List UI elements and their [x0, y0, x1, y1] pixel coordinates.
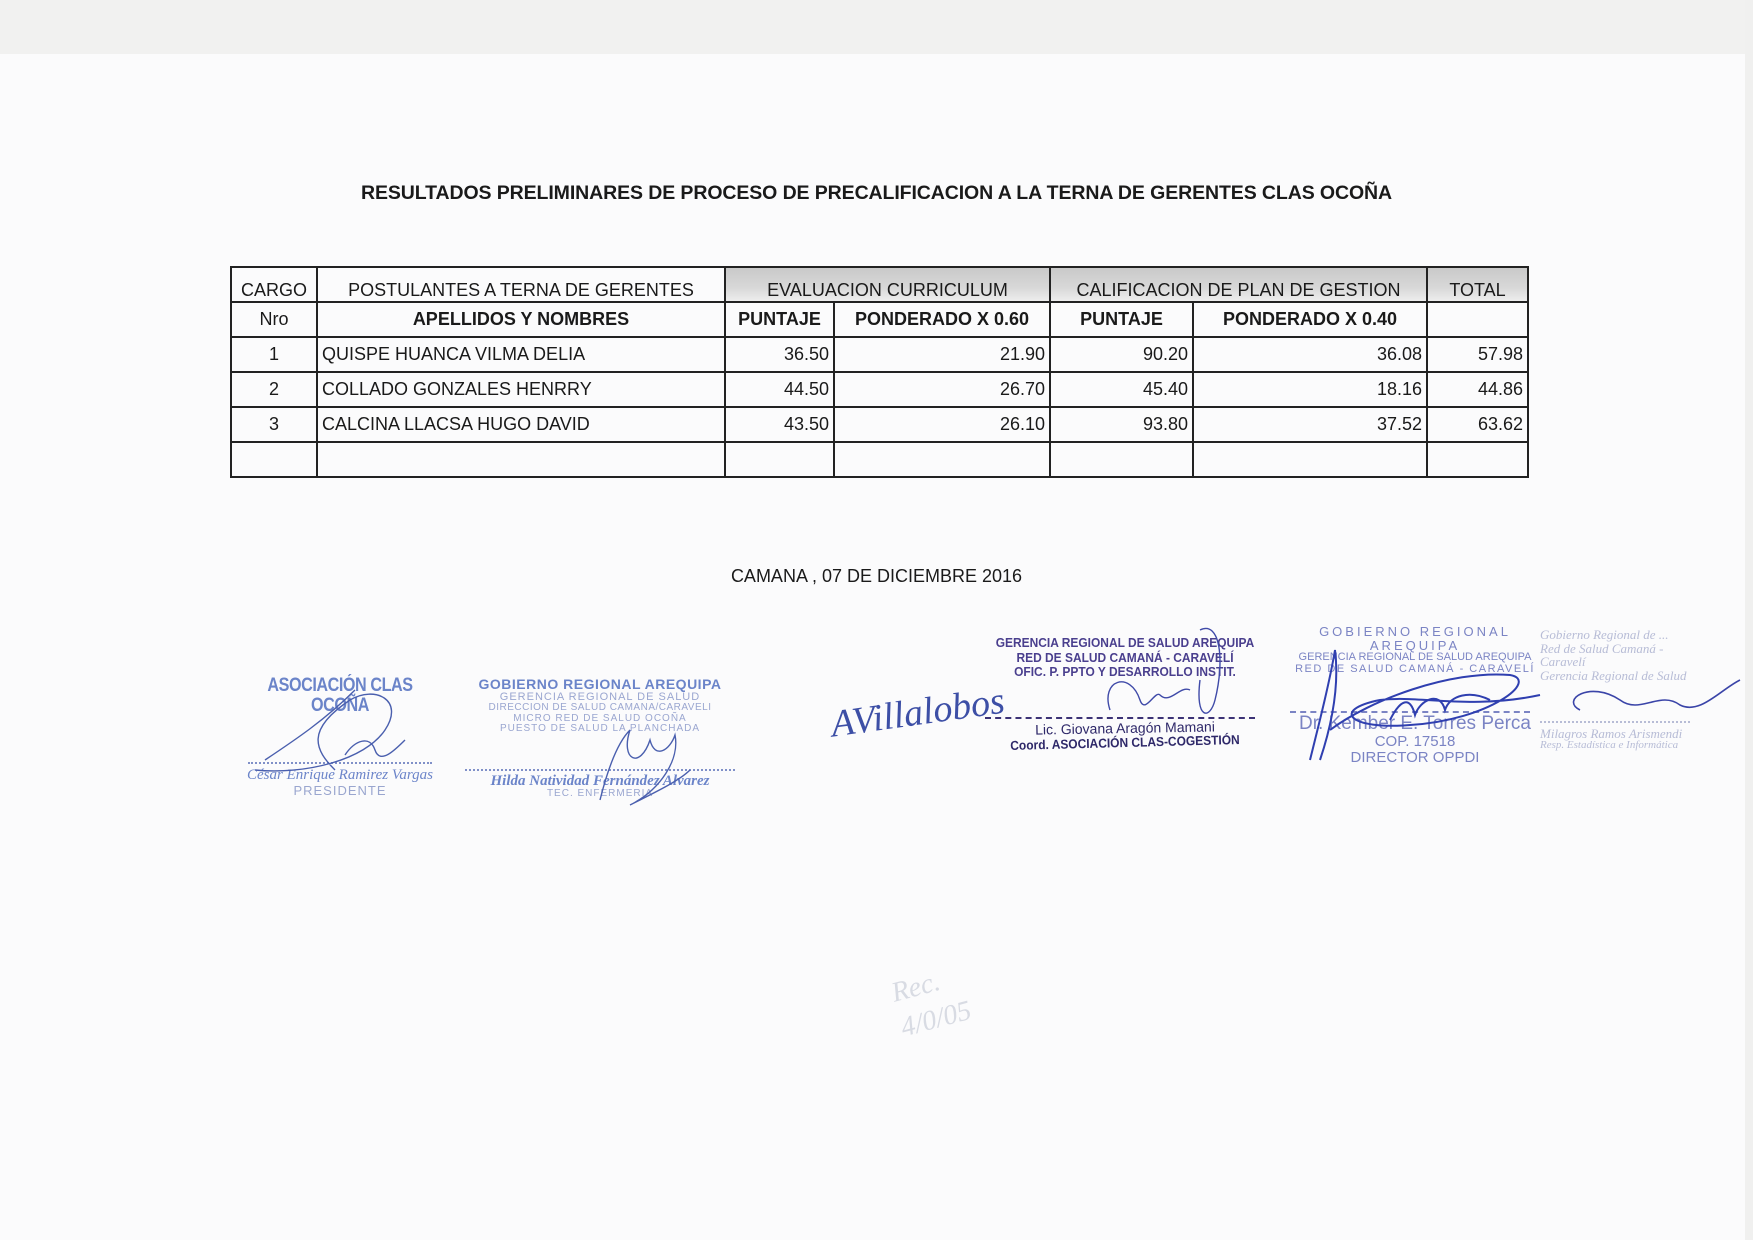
subheader-ponderado-plan: PONDERADO X 0.40: [1193, 302, 1427, 337]
table-row: 1 QUISPE HUANCA VILMA DELIA 36.50 21.90 …: [231, 337, 1528, 372]
signature-estadistica: [1560, 660, 1750, 740]
subheader-puntaje-plan: PUNTAJE: [1050, 302, 1193, 337]
cell-nombre: [317, 442, 725, 477]
signature-tec-enfermeria: [560, 720, 710, 810]
table-header-row: CARGO POSTULANTES A TERNA DE GERENTES EV…: [231, 267, 1528, 302]
cell-puntaje-cv: [725, 442, 834, 477]
stamp-est-role: Resp. Estadística e Informática: [1540, 740, 1690, 752]
document-title: RESULTADOS PRELIMINARES DE PROCESO DE PR…: [0, 182, 1753, 205]
cell-puntaje-plan: 45.40: [1050, 372, 1193, 407]
header-evaluacion-curriculum: EVALUACION CURRICULUM: [725, 267, 1050, 302]
cell-nombre: CALCINA LLACSA HUGO DAVID: [317, 407, 725, 442]
cell-nombre: COLLADO GONZALES HENRRY: [317, 372, 725, 407]
cell-puntaje-cv: 36.50: [725, 337, 834, 372]
header-cargo: CARGO: [231, 267, 317, 302]
subheader-apellidos: APELLIDOS Y NOMBRES: [317, 302, 725, 337]
header-calificacion-plan: CALIFICACION DE PLAN DE GESTION: [1050, 267, 1427, 302]
cell-nombre: QUISPE HUANCA VILMA DELIA: [317, 337, 725, 372]
stamp-gob-line1: GOBIERNO REGIONAL AREQUIPA: [465, 677, 735, 692]
cell-puntaje-cv: 44.50: [725, 372, 834, 407]
cell-total: 63.62: [1427, 407, 1528, 442]
cell-puntaje-cv: 43.50: [725, 407, 834, 442]
signature-clas-president: [235, 680, 435, 790]
stamp-est-line1: Gobierno Regional de ...: [1540, 628, 1690, 642]
header-total: TOTAL: [1427, 267, 1528, 302]
cell-ponderado-cv: 21.90: [834, 337, 1050, 372]
cell-nro: [231, 442, 317, 477]
subheader-ponderado-cv: PONDERADO X 0.60: [834, 302, 1050, 337]
cell-total: [1427, 442, 1528, 477]
cell-nro: 1: [231, 337, 317, 372]
header-postulantes: POSTULANTES A TERNA DE GERENTES: [317, 267, 725, 302]
table-row: 3 CALCINA LLACSA HUGO DAVID 43.50 26.10 …: [231, 407, 1528, 442]
cell-puntaje-plan: 90.20: [1050, 337, 1193, 372]
results-table: CARGO POSTULANTES A TERNA DE GERENTES EV…: [230, 266, 1529, 478]
cell-ponderado-cv: 26.10: [834, 407, 1050, 442]
subheader-puntaje-cv: PUNTAJE: [725, 302, 834, 337]
cell-ponderado-cv: [834, 442, 1050, 477]
cell-total: 57.98: [1427, 337, 1528, 372]
cell-nro: 3: [231, 407, 317, 442]
cell-puntaje-plan: [1050, 442, 1193, 477]
cell-ponderado-plan: [1193, 442, 1427, 477]
signature-director: [1290, 640, 1560, 770]
signature-coord-clas: [1100, 620, 1250, 740]
cell-ponderado-plan: 36.08: [1193, 337, 1427, 372]
handwritten-note-text: Rec. 4/0/05: [888, 966, 975, 1044]
cell-puntaje-plan: 93.80: [1050, 407, 1193, 442]
table-row-empty: [231, 442, 1528, 477]
cell-ponderado-plan: 37.52: [1193, 407, 1427, 442]
cell-ponderado-cv: 26.70: [834, 372, 1050, 407]
cell-ponderado-plan: 18.16: [1193, 372, 1427, 407]
cell-nro: 2: [231, 372, 317, 407]
handwritten-note: Rec. 4/0/05: [888, 946, 1023, 1047]
table-row: 2 COLLADO GONZALES HENRRY 44.50 26.70 45…: [231, 372, 1528, 407]
place-date: CAMANA , 07 DE DICIEMBRE 2016: [0, 566, 1753, 587]
table-subheader-row: Nro APELLIDOS Y NOMBRES PUNTAJE PONDERAD…: [231, 302, 1528, 337]
subheader-nro: Nro: [231, 302, 317, 337]
cell-total: 44.86: [1427, 372, 1528, 407]
subheader-total: [1427, 302, 1528, 337]
scan-border-top: [0, 0, 1753, 54]
